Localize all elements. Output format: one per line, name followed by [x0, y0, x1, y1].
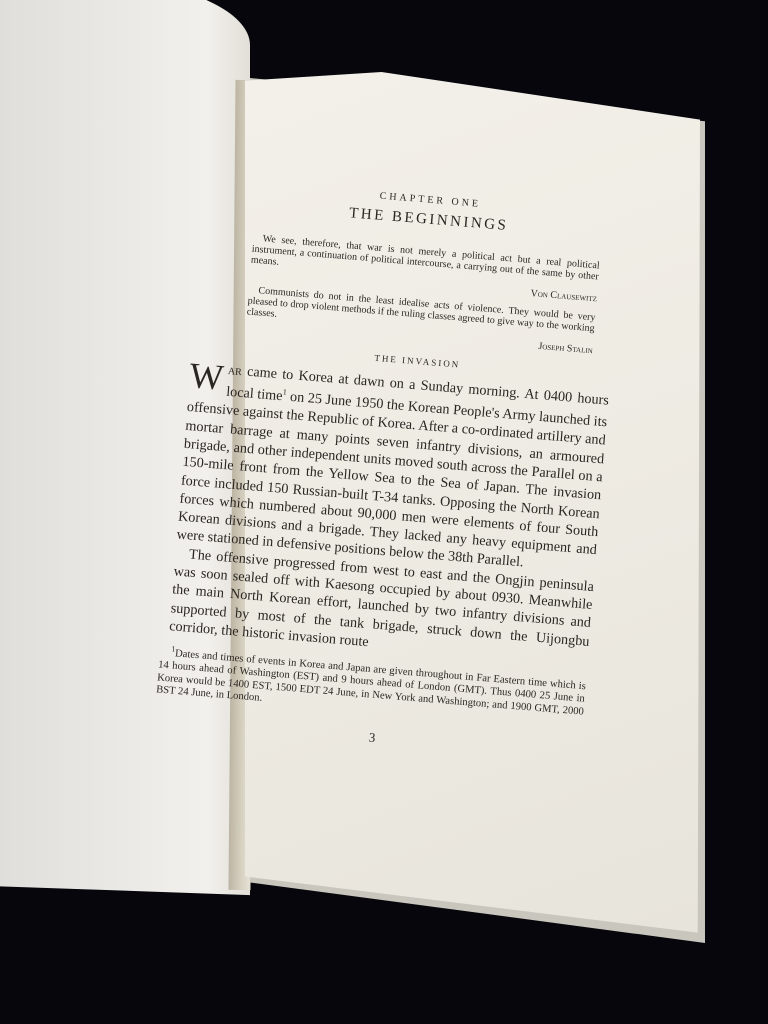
drop-cap: W: [188, 360, 224, 393]
page-text: CHAPTER ONE THE BEGINNINGS We see, there…: [153, 170, 625, 763]
paragraph: War came to Korea at dawn on a Sunday mo…: [176, 358, 610, 578]
body-text: War came to Korea at dawn on a Sunday mo…: [169, 358, 610, 669]
